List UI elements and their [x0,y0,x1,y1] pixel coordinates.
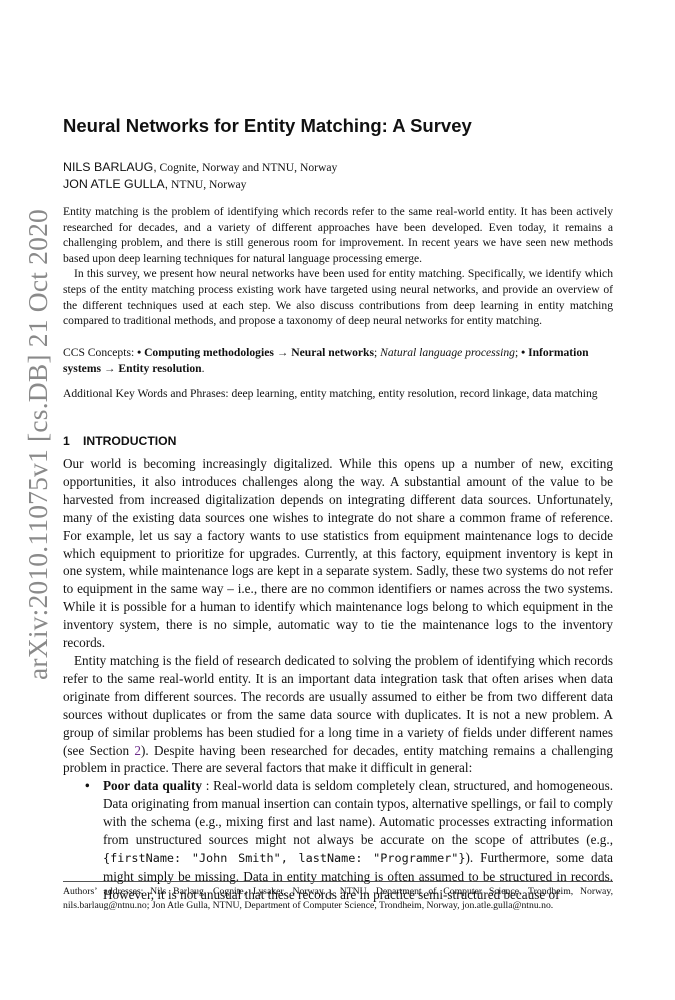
authors-addresses-footnote: Authors’ addresses: Nils Barlaug, Cognit… [63,885,613,913]
ccs-concept: Entity resolution [118,362,201,375]
author-name: NILS BARLAUG, [63,160,157,174]
paper-title: Neural Networks for Entity Matching: A S… [63,115,472,137]
abstract: Entity matching is the problem of identi… [63,204,613,329]
author-line: JON ATLE GULLA, NTNU, Norway [63,177,246,191]
author-affiliation: Cognite, Norway and NTNU, Norway [157,161,338,174]
body-paragraph: Entity matching is the field of research… [63,652,613,777]
section-reference-link[interactable]: 2 [134,743,141,758]
ccs-concept: Neural networks [291,346,374,359]
list-item-term: Poor data quality [103,778,202,793]
keywords: Additional Key Words and Phrases: deep l… [63,386,613,402]
introduction-body: Our world is becoming increasingly digit… [63,455,613,904]
abstract-paragraph: In this survey, we present how neural ne… [63,266,613,328]
section-number: 1 [63,434,83,448]
author-name: JON ATLE GULLA, [63,177,168,191]
ccs-concept: Computing methodologies [144,346,274,359]
ccs-concepts: CCS Concepts: • Computing methodologies … [63,345,613,376]
section-title: INTRODUCTION [83,434,176,448]
author-line: NILS BARLAUG, Cognite, Norway and NTNU, … [63,160,337,174]
footnote-divider [63,881,613,882]
ccs-concept: Natural language processing [380,346,515,359]
author-affiliation: NTNU, Norway [168,178,246,191]
arxiv-identifier-stamp: arXiv:2010.11075v1 [cs.DB] 21 Oct 2020 [22,209,54,680]
section-heading: 1INTRODUCTION [63,434,176,448]
bullet-icon: • [85,777,90,795]
abstract-paragraph: Entity matching is the problem of identi… [63,204,613,266]
body-paragraph: Our world is becoming increasingly digit… [63,455,613,652]
code-snippet: {firstName: "John Smith", lastName: "Pro… [103,851,466,865]
